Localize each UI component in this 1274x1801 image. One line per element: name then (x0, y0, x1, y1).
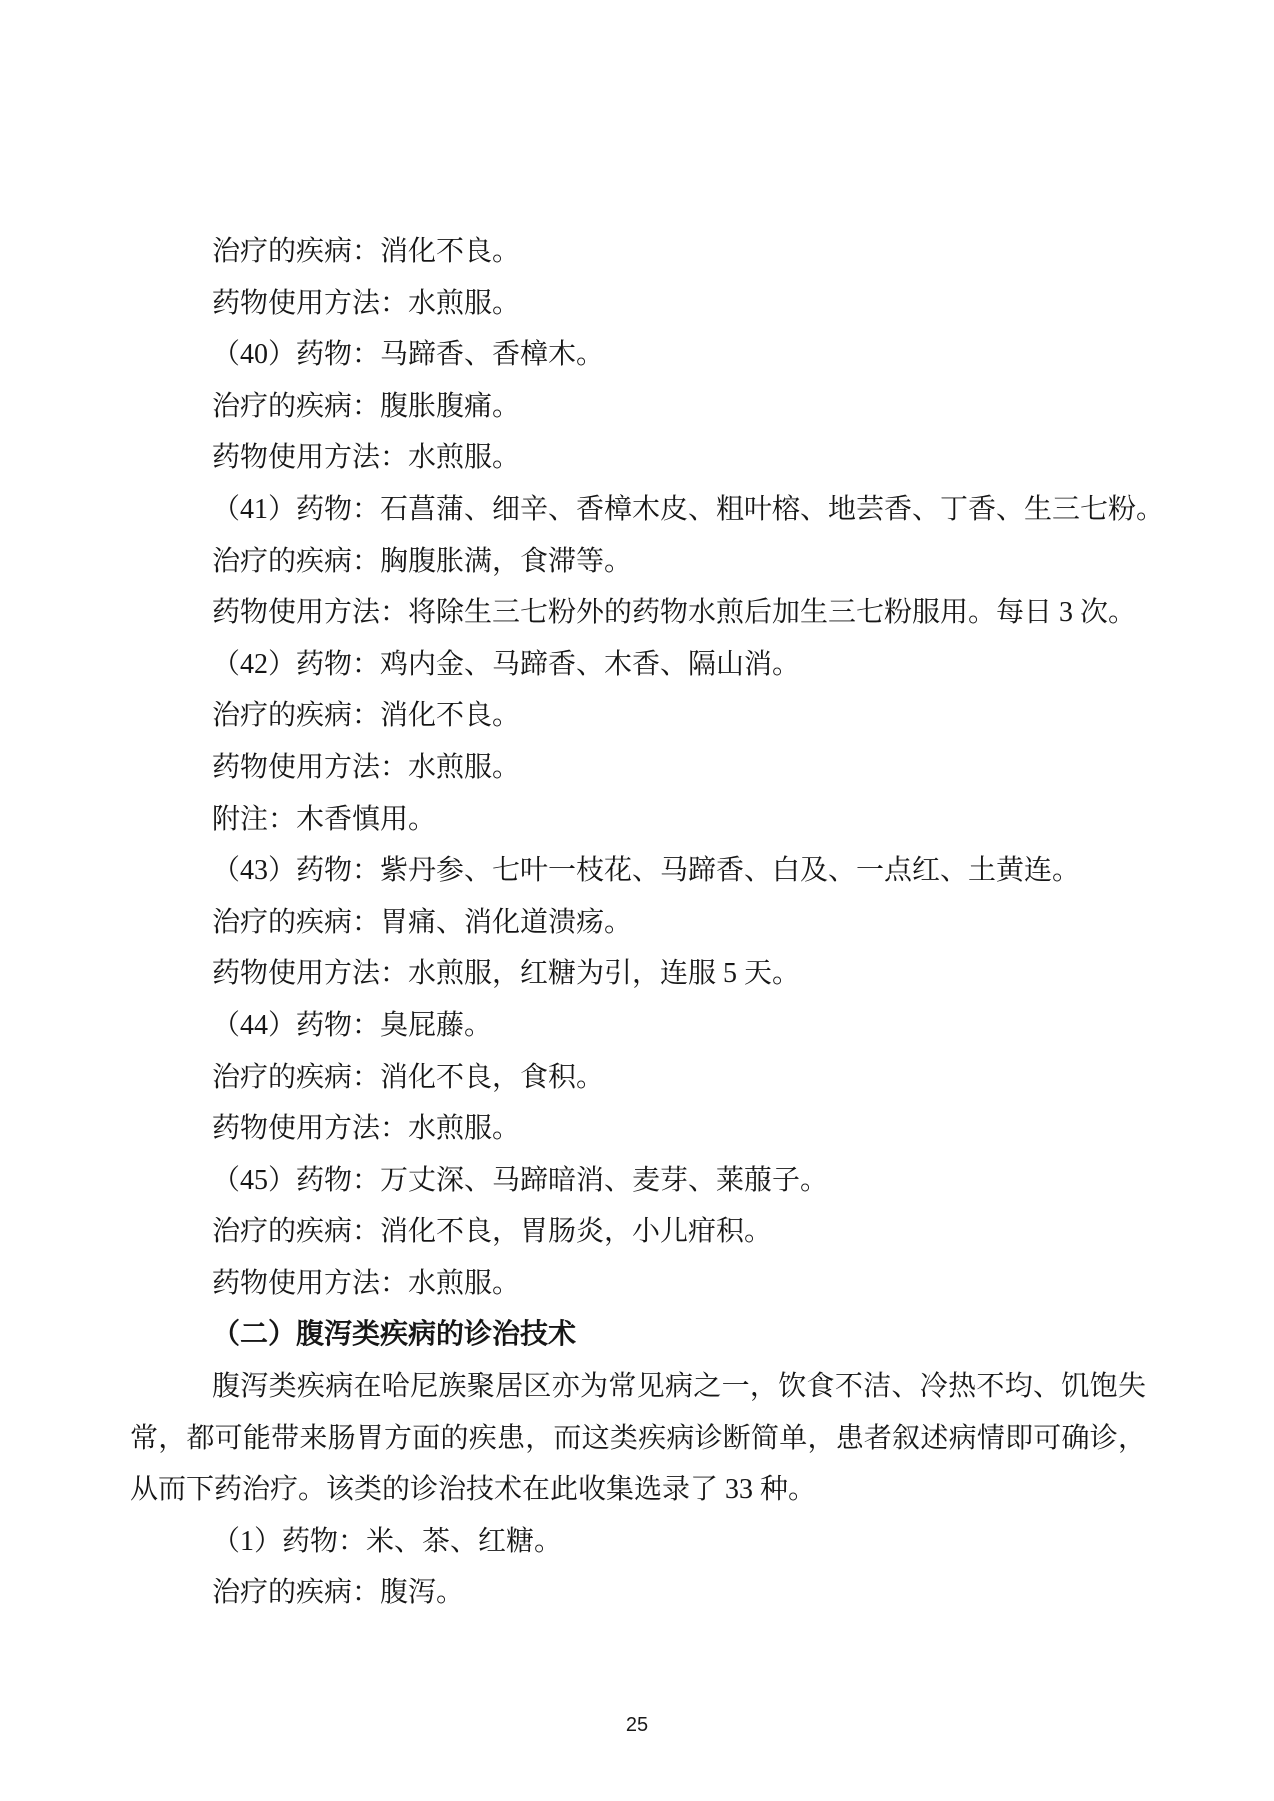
document-line: （42）药物：鸡内金、马蹄香、木香、隔山消。 (130, 639, 1146, 691)
page-number: 25 (0, 1710, 1274, 1740)
document-line: 药物使用方法：水煎服。 (130, 432, 1146, 484)
document-line: 治疗的疾病：胸腹胀满，食滞等。 (130, 536, 1146, 588)
document-line: 药物使用方法：水煎服。 (130, 742, 1146, 794)
document-line: 治疗的疾病：腹胀腹痛。 (130, 381, 1146, 433)
document-line: （40）药物：马蹄香、香樟木。 (130, 329, 1146, 381)
document-line: 治疗的疾病：消化不良。 (130, 690, 1146, 742)
document-line: 药物使用方法：将除生三七粉外的药物水煎后加生三七粉服用。每日 3 次。 (130, 587, 1146, 639)
document-line: 药物使用方法：水煎服。 (130, 278, 1146, 330)
document-line: 药物使用方法：水煎服，红糖为引，连服 5 天。 (130, 948, 1146, 1000)
document-line: （44）药物：臭屁藤。 (130, 1000, 1146, 1052)
document-line: 药物使用方法：水煎服。 (130, 1103, 1146, 1155)
document-line: 治疗的疾病：消化不良，食积。 (130, 1052, 1146, 1104)
body-paragraph: 腹泻类疾病在哈尼族聚居区亦为常见病之一，饮食不洁、冷热不均、饥饱失常，都可能带来… (130, 1361, 1146, 1516)
document-line: 治疗的疾病：胃痛、消化道溃疡。 (130, 897, 1146, 949)
document-line: （41）药物：石菖蒲、细辛、香樟木皮、粗叶榕、地芸香、丁香、生三七粉。 (130, 484, 1146, 536)
document-line: （1）药物：米、茶、红糖。 (130, 1516, 1146, 1568)
document-line: 治疗的疾病：消化不良，胃肠炎，小儿疳积。 (130, 1206, 1146, 1258)
document-body: 治疗的疾病：消化不良。药物使用方法：水煎服。（40）药物：马蹄香、香樟木。治疗的… (130, 226, 1146, 1619)
document-line: 药物使用方法：水煎服。 (130, 1258, 1146, 1310)
section-heading: （二）腹泻类疾病的诊治技术 (130, 1309, 1146, 1361)
document-line: 治疗的疾病：消化不良。 (130, 226, 1146, 278)
document-line: （43）药物：紫丹参、七叶一枝花、马蹄香、白及、一点红、土黄连。 (130, 845, 1146, 897)
document-line: 治疗的疾病：腹泻。 (130, 1567, 1146, 1619)
document-line: （45）药物：万丈深、马蹄暗消、麦芽、莱菔子。 (130, 1155, 1146, 1207)
document-line: 附注：木香慎用。 (130, 794, 1146, 846)
